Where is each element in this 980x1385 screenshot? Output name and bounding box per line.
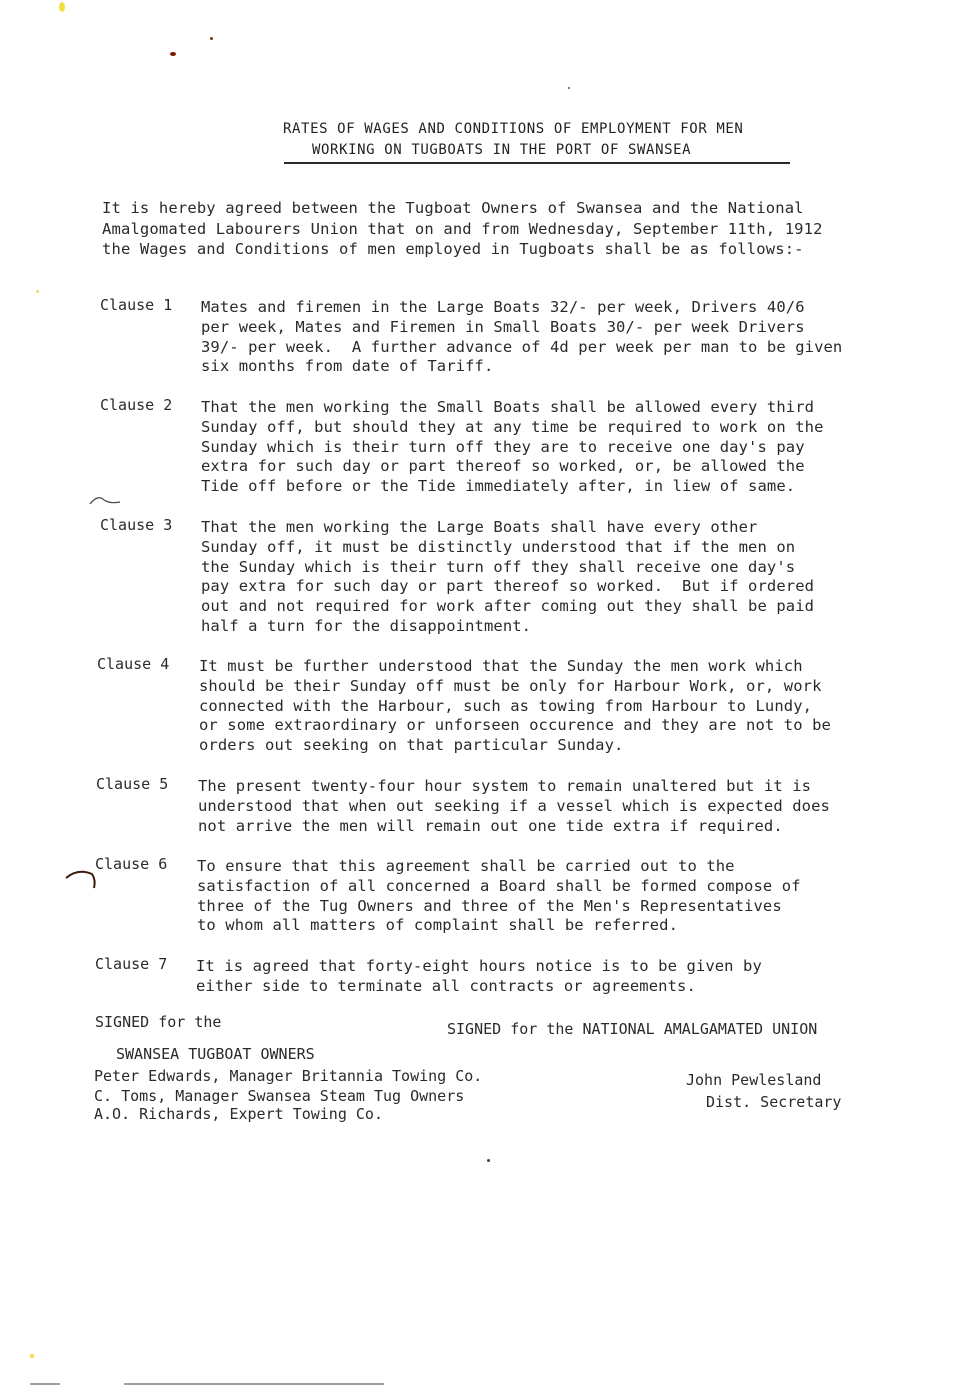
clause-2-text-line: extra for such day or part thereof so wo… xyxy=(201,457,805,477)
clause-6-label: Clause 6 xyxy=(95,855,167,873)
clause-7-text-line: either side to terminate all contracts o… xyxy=(196,977,696,997)
clause-1-text-line: per week, Mates and Firemen in Small Boa… xyxy=(201,318,805,338)
clause-3-label: Clause 3 xyxy=(100,516,172,534)
clause-5-text-line: not arrive the men will remain out one t… xyxy=(198,817,783,837)
clause-3-text-line: Sunday off, it must be distinctly unders… xyxy=(201,538,795,558)
owners-signatory-2: C. Toms, Manager Swansea Steam Tug Owner… xyxy=(94,1087,464,1107)
clause-3-text-line: the Sunday which is their turn off they … xyxy=(201,558,795,578)
clause-2-text-line: Tide off before or the Tide immediately … xyxy=(201,477,795,497)
clause-3-text-line: half a turn for the disappointment. xyxy=(201,617,531,637)
clause-4-text-line: connected with the Harbour, such as towi… xyxy=(199,697,812,717)
clause-4-label: Clause 4 xyxy=(97,655,169,673)
clause-5-label: Clause 5 xyxy=(96,775,168,793)
union-signatory-name: John Pewlesland xyxy=(686,1071,821,1091)
document-title-line-1: RATES OF WAGES AND CONDITIONS OF EMPLOYM… xyxy=(283,121,743,137)
union-signed-heading: SIGNED for the NATIONAL AMALGAMATED UNIO… xyxy=(447,1020,817,1040)
ink-speck xyxy=(170,52,176,56)
owners-signatory-1: Peter Edwards, Manager Britannia Towing … xyxy=(94,1067,482,1087)
ink-speck xyxy=(210,37,213,40)
clause-6-text-line: satisfaction of all concerned a Board sh… xyxy=(197,877,801,897)
ink-speck xyxy=(568,87,570,89)
owners-signatory-3: A.O. Richards, Expert Towing Co. xyxy=(94,1105,383,1125)
clause-2-text-line: Sunday which is their turn off they are … xyxy=(201,438,805,458)
preamble-line-3: the Wages and Conditions of men employed… xyxy=(102,240,804,260)
pencil-mark xyxy=(86,490,126,510)
clause-3-text-line: out and not required for work after comi… xyxy=(201,597,814,617)
clause-5-text-line: understood that when out seeking if a ve… xyxy=(198,797,830,817)
owners-signed-heading: SIGNED for the xyxy=(95,1013,221,1033)
clause-6-text-line: three of the Tug Owners and three of the… xyxy=(197,897,782,917)
clause-7-text-line: It is agreed that forty-eight hours noti… xyxy=(196,957,762,977)
clause-1-label: Clause 1 xyxy=(100,296,172,314)
document-title-line-2: WORKING ON TUGBOATS IN THE PORT OF SWANS… xyxy=(312,142,691,158)
clause-1-text-line: 39/- per week. A further advance of 4d p… xyxy=(201,338,842,358)
clause-5-text-line: The present twenty-four hour system to r… xyxy=(198,777,811,797)
clause-6-text-line: To ensure that this agreement shall be c… xyxy=(197,857,735,877)
yellow-stain xyxy=(59,2,65,12)
clause-2-text-line: That the men working the Small Boats sha… xyxy=(201,398,814,418)
preamble-line-2: Amalgomated Labourers Union that on and … xyxy=(102,220,823,240)
ink-speck xyxy=(487,1159,490,1162)
clause-7-label: Clause 7 xyxy=(95,955,167,973)
title-underline xyxy=(284,162,790,164)
clause-1-text-line: six months from date of Tariff. xyxy=(201,357,493,377)
clause-6-text-line: to whom all matters of complaint shall b… xyxy=(197,916,678,936)
clause-4-text-line: It must be further understood that the S… xyxy=(199,657,803,677)
yellow-stain xyxy=(36,290,39,293)
owners-organisation: SWANSEA TUGBOAT OWNERS xyxy=(116,1045,315,1065)
clause-2-text-line: Sunday off, but should they at any time … xyxy=(201,418,824,438)
yellow-stain xyxy=(30,1354,34,1358)
union-signatory-role: Dist. Secretary xyxy=(706,1093,841,1113)
clause-1-text-line: Mates and firemen in the Large Boats 32/… xyxy=(201,298,805,318)
clause-4-text-line: should be their Sunday off must be only … xyxy=(199,677,822,697)
preamble-line-1: It is hereby agreed between the Tugboat … xyxy=(102,199,804,219)
clause-4-text-line: orders out seeking on that particular Su… xyxy=(199,736,623,756)
clause-3-text-line: pay extra for such day or part thereof s… xyxy=(201,577,814,597)
clause-4-text-line: or some extraordinary or unforseen occur… xyxy=(199,716,831,736)
pencil-mark xyxy=(62,866,102,896)
clause-3-text-line: That the men working the Large Boats sha… xyxy=(201,518,757,538)
clause-2-label: Clause 2 xyxy=(100,396,172,414)
